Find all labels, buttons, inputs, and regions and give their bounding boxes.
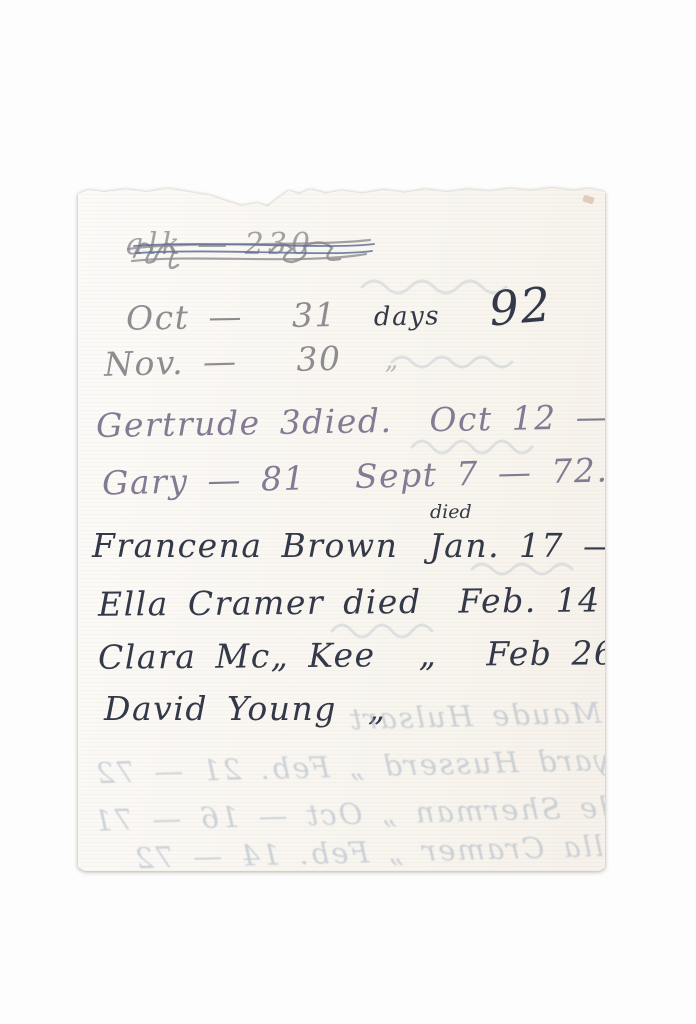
note-text: Sept 7 — 72.	[354, 450, 608, 496]
scratched-out-text: alk — 230	[120, 221, 380, 275]
strike-marks	[120, 221, 380, 275]
note-line-francena: Francena Brown Jan. 17 —5 72	[92, 523, 696, 565]
note-text: days	[374, 301, 441, 332]
scanned-note-paper: alk — 230 Oct — 31 days 92 Nov. — 30 „	[78, 183, 605, 871]
note-line-ella: Ella Cramer died Feb. 14 — 72.	[98, 579, 696, 624]
note-text: Nov. —	[104, 341, 238, 383]
note-line-david: David Young „	[104, 689, 386, 728]
note-text: Feb. 14 — 72.	[458, 579, 696, 620]
note-text: Gertrude 3died.	[96, 401, 393, 445]
bleedthrough-line: Maude Hulsart	[348, 696, 602, 737]
note-text: Clara Mc„ Kee	[98, 635, 376, 676]
note-line-oct: Oct — 31 days 92	[126, 279, 553, 341]
note-text: 72	[666, 526, 696, 565]
note-text: Oct 12 — 72	[429, 396, 674, 439]
bleedthrough-line: Ella Cramer „ Feb. 14 — 72	[133, 829, 627, 876]
note-text: David Young	[104, 689, 337, 728]
torn-paper-sheet: alk — 230 Oct — 31 days 92 Nov. — 30 „	[78, 183, 605, 871]
note-line-gertrude: Gertrude 3died. Oct 12 — 72	[96, 396, 675, 445]
died-annotation: died	[430, 501, 472, 523]
ditto-mark: „	[384, 345, 400, 375]
tape-residue-stain	[582, 194, 595, 204]
note-text: Gary — 81	[102, 458, 307, 502]
note-text: Jan. 17 —	[429, 526, 617, 565]
note-text: Feb 26 — 72	[486, 632, 696, 673]
ditto-mark: „	[418, 635, 437, 674]
note-text: Oct —	[126, 297, 243, 338]
note-text: 31	[292, 295, 338, 335]
note-text: Ella Cramer died	[98, 582, 422, 624]
note-text: 92	[487, 277, 554, 337]
bleedthrough-line: Bayard Husserd „ Feb. 21 — 72	[94, 742, 653, 791]
note-line-clara: Clara Mc„ Kee „ Feb 26 — 72	[98, 632, 696, 677]
note-text: 30	[296, 339, 342, 379]
superscript-five: 5	[624, 523, 640, 548]
note-text: Francena Brown	[92, 526, 398, 565]
bleedthrough-mark	[388, 348, 538, 374]
note-line-gary: Gary — 81 Sept 7 — 72.	[102, 450, 609, 502]
note-line-nov: Nov. — 30 „	[104, 337, 400, 384]
